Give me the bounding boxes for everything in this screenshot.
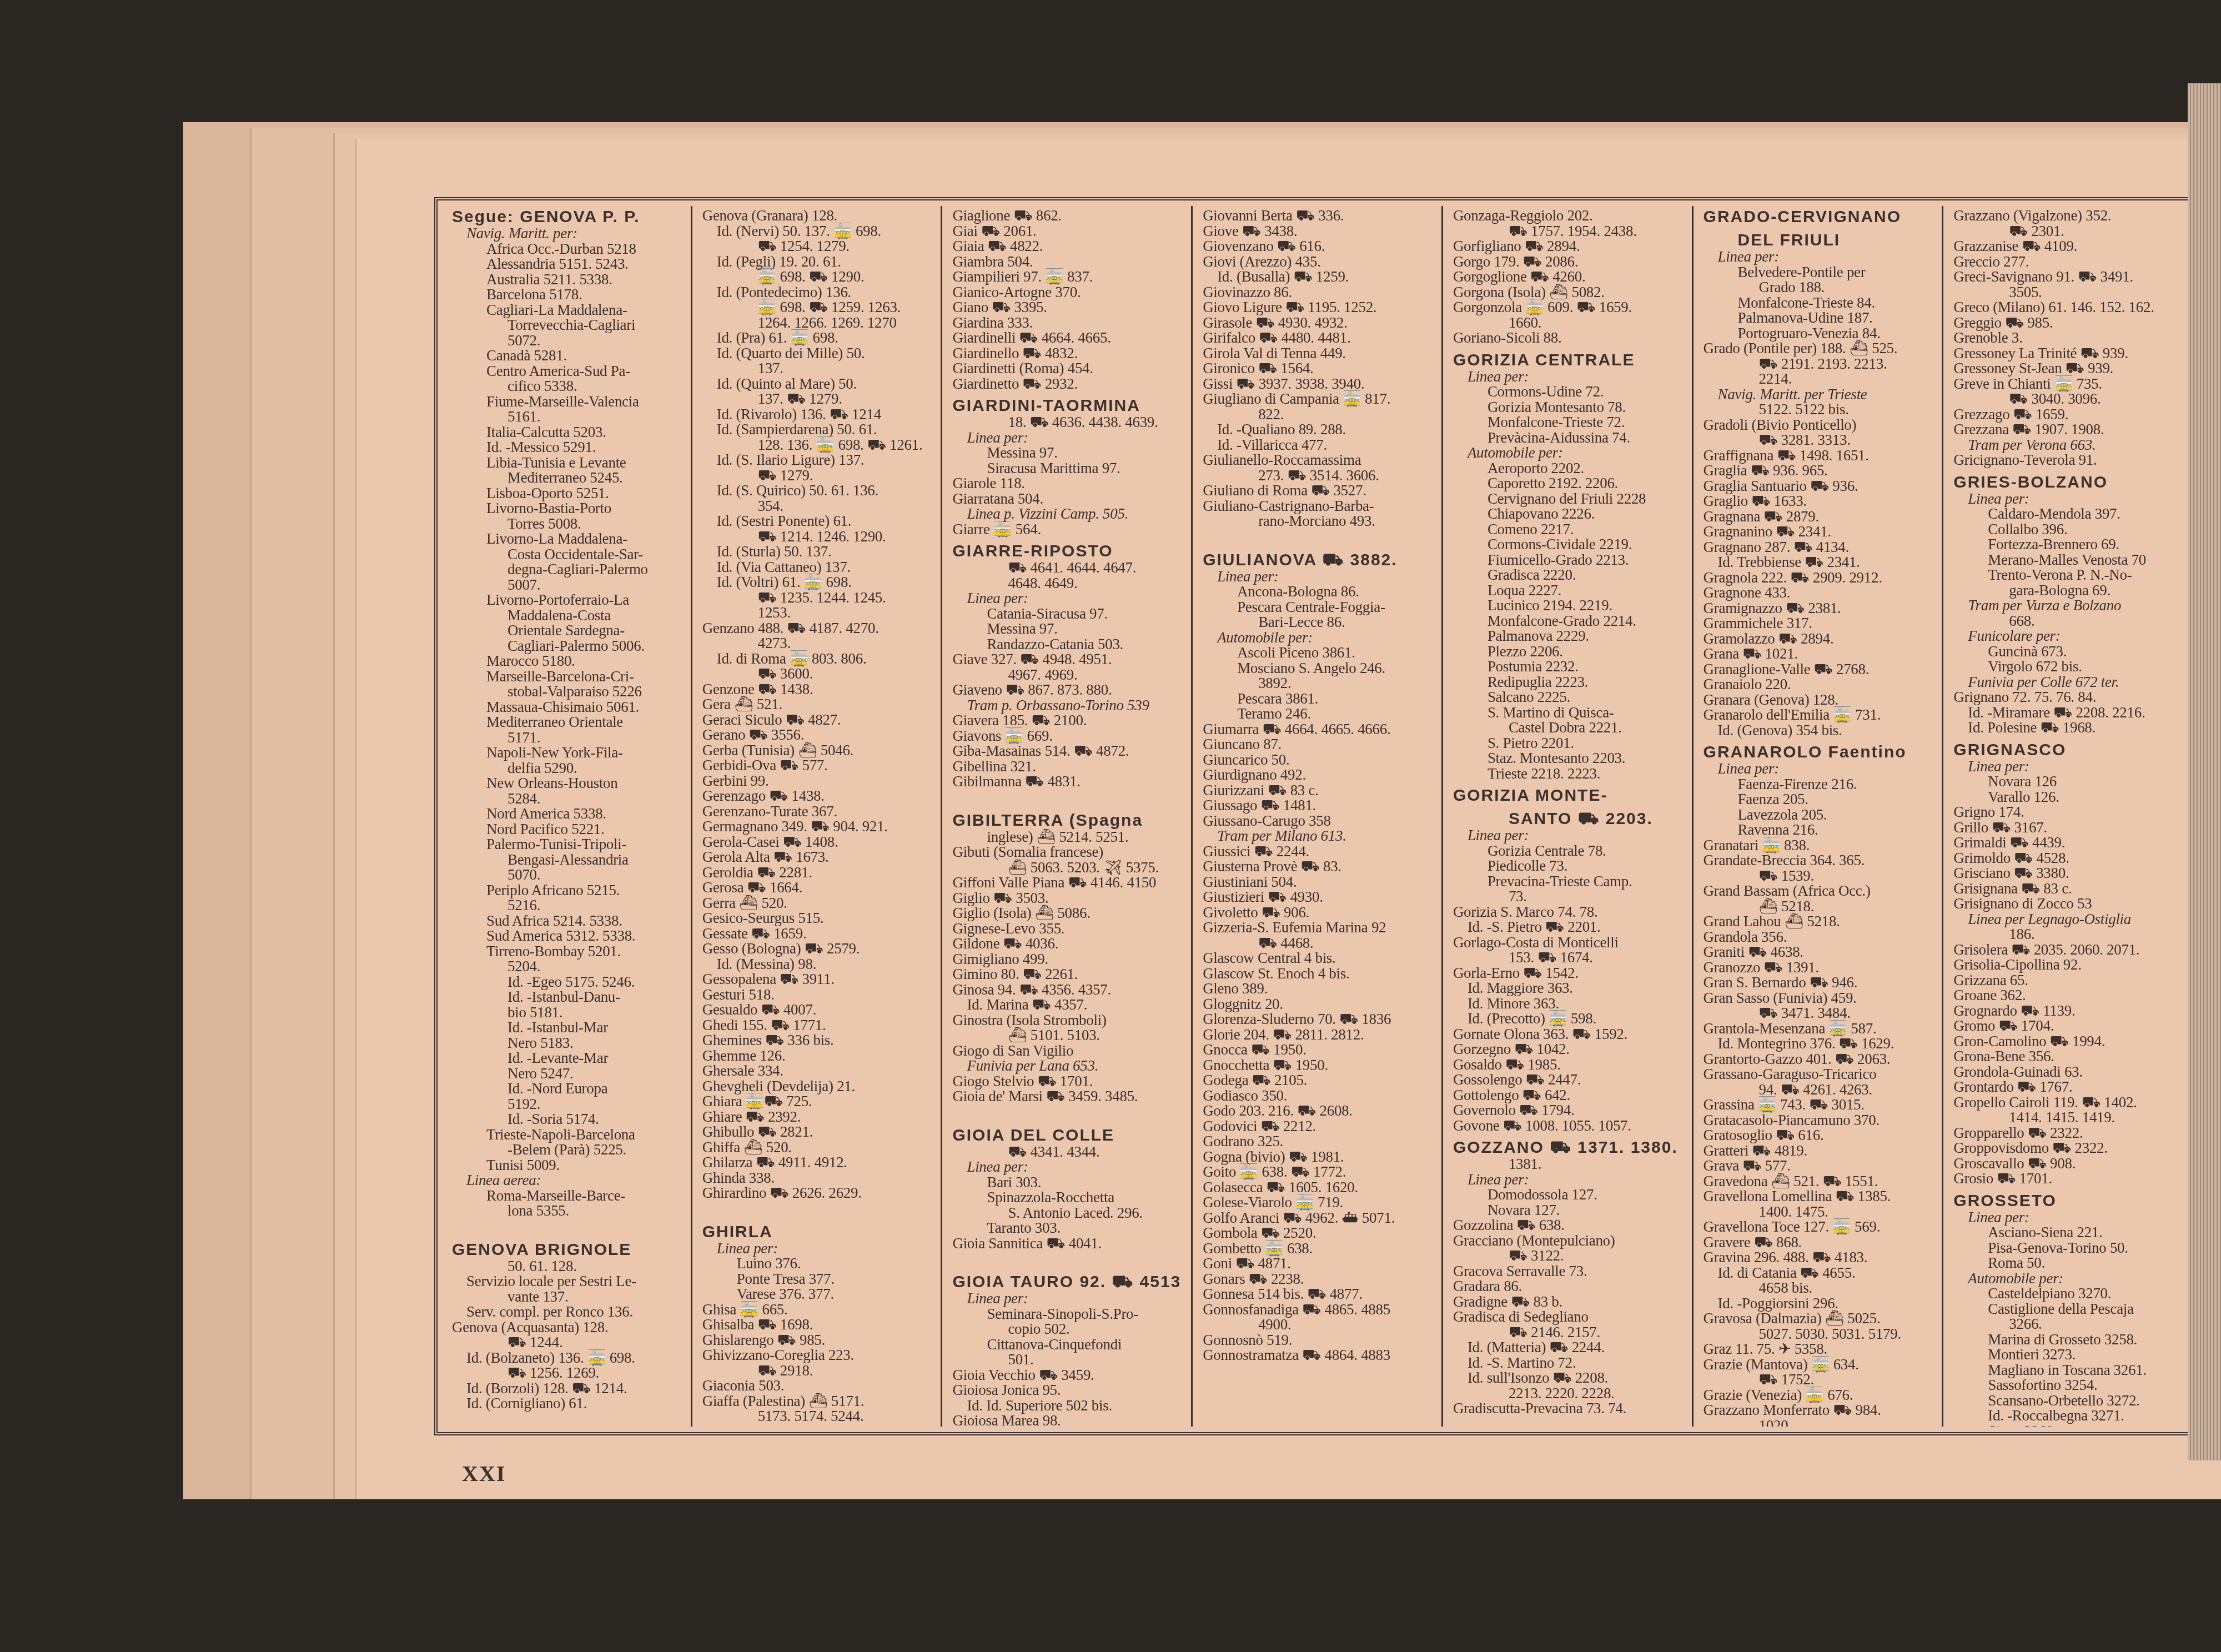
index-entry: ⛟ 3471. 3484. [1704,1006,1937,1021]
route-subheading: Linea per: [1453,1172,1686,1188]
index-entry: Cormons-Cividale 2219. [1453,537,1686,553]
index-entry: Livorno-Portoferraio-La [452,592,685,608]
index-entry: ⛟ 1214. 1246. 1290. [702,529,936,545]
index-entry: Godrano 325. [1203,1134,1436,1149]
index-entry: Ghilarza ⛟ 4911. 4912. [702,1155,936,1171]
index-entry: Gravellona Toce 127. 🚋 569. [1704,1219,1937,1235]
index-entry: ⛟ 1244. [452,1335,685,1350]
index-entry: Faenza-Firenze 216. [1704,777,1937,792]
index-entry: Id. Trebbiense ⛟ 2341. [1704,555,1937,570]
index-entry: Gradiscutta-Prevacina 73. 74. [1453,1401,1686,1417]
index-entry: Groscavallo ⛟ 908. [1953,1156,2187,1172]
index-entry: Giurdignano 492. [1203,767,1436,783]
index-entry: 5204. [452,959,685,975]
index-entry: ⛟ 1539. [1704,868,1937,884]
index-entry: Glorie 204. ⛟ 2811. 2812. [1203,1027,1436,1043]
index-entry: Cagliari-Palermo 5006. [452,639,685,654]
index-entry: Grandola 356. [1704,930,1937,945]
index-entry: Gerenzano-Turate 367. [702,804,936,820]
index-entry: Novara 127. [1453,1203,1686,1218]
index-entry: Randazzo-Catania 503. [952,637,1185,652]
index-entry: Grisolera ⛟ 2035. 2060. 2071. [1953,942,2187,958]
index-entry: 3266. [1953,1317,2187,1332]
station-heading: GIBILTERRA (Spagna [952,812,1185,830]
index-entry: 1660. [1453,315,1686,331]
index-entry: Giaia ⛟ 4822. [952,239,1185,254]
route-subheading: Navig. Maritt. per Trieste [1704,387,1937,403]
index-entry: Id. (Borzoli) 128. ⛟ 1214. [452,1381,685,1397]
index-entry: Grisolia-Cipollina 92. [1953,957,2187,973]
index-entry: Gragnola 222. ⛟ 2909. 2912. [1704,570,1937,586]
index-entry: Gioia Vecchio ⛟ 3459. [952,1368,1185,1383]
index-entry: Ghisa 🚋 665. [702,1302,936,1318]
index-entry: Gombetto 🚋 638. [1203,1241,1436,1257]
index-entry: Gran S. Bernardo ⛟ 946. [1704,975,1937,991]
index-entry: Grand Bassam (Africa Occ.) [1704,883,1937,899]
index-entry: ⛴ 5101. 5103. [952,1028,1185,1043]
index-entry: Giano ⛟ 3395. [952,300,1185,315]
index-entry: Id. (Sturla) 50. 137. [702,544,936,560]
index-entry: Gorzegno ⛟ 1042. [1453,1042,1686,1057]
index-entry: Fortezza-Brennero 69. [1953,537,2187,553]
index-entry: Ghivizzano-Coreglia 223. [702,1348,936,1363]
index-entry: Gorizia Centrale 78. [1453,843,1686,859]
page-frame: Segue: GENOVA P. P.Navig. Maritt. per:Af… [434,197,2200,1435]
index-entry: Greccio 277. [1953,254,2187,270]
index-entry: Gravedona ⛴ 521. ⛟ 1551. [1704,1174,1937,1189]
index-entry: Graglia Santuario ⛟ 936. [1704,479,1937,494]
index-entry: Id. (Pra) 61. 🚋 698. [702,330,936,346]
index-entry: Messina 97. [952,445,1185,461]
index-entry: Nord America 5338. [452,806,685,822]
index-columns: Segue: GENOVA P. P.Navig. Maritt. per:Af… [442,206,2192,1427]
index-entry: Gleno 389. [1203,981,1436,997]
index-entry: Gricignano-Teverola 91. [1953,453,2187,468]
index-entry: Sassofortino 3254. [1953,1378,2187,1393]
index-entry: Centro America-Sud Pa- [452,364,685,379]
index-entry: Giampilieri 97. 🚋 837. [952,269,1185,285]
index-entry: Id. (Via Cattaneo) 137. [702,560,936,575]
index-entry: Grazie (Mantova) 🚋 634. [1704,1357,1937,1373]
index-entry: Giussici ⛟ 2244. [1203,844,1436,860]
index-entry: Granaiolo 220. [1704,677,1937,692]
index-entry: Gioiosa Jonica 95. [952,1383,1185,1398]
index-entry: Geraci Siculo ⛟ 4827. [702,712,936,728]
index-entry: 5171. [452,730,685,746]
index-entry: Gorgona (Isola) ⛴ 5082. [1453,285,1686,300]
index-entry: Goriano-Sicoli 88. [1453,330,1686,346]
index-entry: Gimigliano 499. [952,952,1185,967]
station-heading: GENOVA BRIGNOLE [452,1241,685,1259]
index-entry: degna-Cagliari-Palermo [452,562,685,578]
index-entry: Massaua-Chisimaio 5061. [452,700,685,715]
index-entry: Grana ⛟ 1021. [1704,646,1937,662]
index-entry: Gizzeria-S. Eufemia Marina 92 [1203,920,1436,936]
index-entry: ⛟ 3040. 3096. [1953,391,2187,407]
index-entry: Giussano-Carugo 358 [1203,814,1436,829]
index-entry: Grenoble 3. [1953,330,2187,346]
index-entry: gara-Bologna 69. [1953,583,2187,599]
index-column-4: Giovanni Berta ⛟ 336.Giove ⛟ 3438.Gioven… [1191,206,1441,1427]
index-entry: Ghiara 🚋⛟ 725. [702,1094,936,1109]
index-entry: Giovi (Arezzo) 435. [1203,254,1436,270]
station-heading: SANTO ⛟ 2203. [1453,810,1686,828]
index-entry: Gozzolina ⛟ 638. [1453,1218,1686,1233]
index-entry: Gorizia S. Marco 74. 78. [1453,905,1686,920]
route-subheading: Linea per: [1453,828,1686,843]
index-entry: Varese 376. 377. [702,1287,936,1302]
index-entry: 186. [1953,927,2187,942]
index-entry: Livorno-Bastia-Porto [452,501,685,516]
index-entry: Costa Occidentale-Sar- [452,547,685,563]
index-entry: Marseille-Barcelona-Cri- [452,669,685,685]
index-entry: Nero 5183. [452,1036,685,1051]
index-entry: Grognardo ⛟ 1139. [1953,1003,2187,1019]
index-column-6: GRADO-CERVIGNANODEL FRIULILinea per:Belv… [1692,206,1942,1427]
index-entry: 128. 136. 🚋 698. ⛟ 1261. [702,438,936,453]
index-entry: Napoli-New York-Fila- [452,745,685,761]
index-entry: 668. [1953,614,2187,629]
index-entry: 5122. 5122 bis. [1704,402,1937,418]
index-entry: Gignese-Levo 355. [952,921,1185,937]
index-entry: inglese) ⛴ 5214. 5251. [952,830,1185,845]
index-entry: cifico 5338. [452,379,685,394]
index-entry: Giglio ⛟ 3503. [952,891,1185,906]
index-entry: 5161. [452,409,685,425]
index-entry: Graffignana ⛟ 1498. 1651. [1704,448,1937,464]
index-entry: Giffoni Valle Piana ⛟ 4146. 4150 [952,875,1185,891]
index-entry: Palmanova-Udine 187. [1704,310,1937,326]
index-entry: Gosaldo ⛟ 1985. [1453,1057,1686,1073]
index-entry: Pisa-Genova-Torino 50. [1953,1241,2187,1256]
index-entry: Gossolengo ⛟ 2447. [1453,1072,1686,1088]
index-entry: Luino 376. [702,1256,936,1272]
index-entry: Mediterraneo 5245. [452,470,685,486]
index-entry: Gron-Camolino ⛟ 1994. [1953,1034,2187,1050]
spacer [702,1201,936,1218]
index-entry: Gesico-Seurgus 515. [702,911,936,926]
index-entry: Ghislarengo ⛟ 985. [702,1333,936,1348]
index-entry: Id. (Quinto al Mare) 50. [702,376,936,392]
index-entry: Chiapovano 2226. [1453,506,1686,522]
index-entry: Grandate-Breccia 364. 365. [1704,853,1937,868]
route-subheading: Tram per Verona 663. [1953,438,2187,453]
index-entry: Prevacina-Trieste Camp. [1453,874,1686,890]
index-entry: Id. (Busalla) ⛟ 1259. [1203,269,1436,285]
index-entry: ⛟ 3600. [702,666,936,682]
index-entry: 2214. [1704,371,1937,387]
route-subheading: Linea p. Vizzini Camp. 505. [952,506,1185,522]
index-entry: Grantorto-Gazzo 401. ⛟ 2063. [1704,1052,1937,1067]
station-heading: GORIZIA CENTRALE [1453,352,1686,369]
index-entry: 273. ⛟ 3514. 3606. [1203,468,1436,484]
index-entry: Barcelona 5178. [452,287,685,303]
route-subheading: Funivia per Lana 653. [952,1058,1185,1074]
index-entry: 94. ⛟ 4261. 4263. [1704,1082,1937,1098]
index-entry: Belvedere-Pontile per [1704,265,1937,280]
index-entry: Ghevgheli (Devdelija) 21. [702,1079,936,1094]
index-entry: Grimoldo ⛟ 4528. [1953,851,2187,866]
station-heading: DEL FRIULI [1704,232,1937,249]
index-entry: Grillo ⛟ 3167. [1953,820,2187,836]
index-entry: Giusterna Provè ⛟ 83. [1203,859,1436,875]
index-entry: 5070. [452,867,685,883]
index-entry: Granarolo dell'Emilia 🚋 731. [1704,707,1937,723]
index-entry: 18. ⛟ 4636. 4438. 4639. [952,415,1185,430]
index-entry: Grignano 72. 75. 76. 84. [1953,690,2187,705]
index-entry: Giardina 333. [952,315,1185,331]
index-entry: ⛟ 1256. 1269. [452,1365,685,1381]
index-entry: Caldaro-Mendola 397. [1953,506,2187,522]
page-number: XXI [462,1460,506,1487]
index-entry: Piedicolle 73. [1453,858,1686,874]
route-subheading: Linea per: [952,1291,1185,1307]
index-entry: Id. sull'Isonzo ⛟ 2208. [1453,1370,1686,1386]
index-entry: Grado 188. [1704,280,1937,295]
index-entry: Genzano 488. ⛟ 4187. 4270. [702,621,936,636]
index-entry: S. Martino di Quisca- [1453,705,1686,721]
index-entry: Gonnesa 514 bis. ⛟ 4877. [1203,1287,1436,1302]
index-entry: 5192. [452,1097,685,1112]
index-entry: stobal-Valparaiso 5226 [452,684,685,700]
index-entry: Guncinà 673. [1953,644,2187,660]
index-entry: Gropparello ⛟ 2322. [1953,1126,2187,1141]
index-entry: ⛟ 3122. [1453,1248,1686,1264]
index-entry: Id. -Miramare ⛟ 2208. 2216. [1953,705,2187,721]
index-entry: Collalbo 396. [1953,522,2187,538]
index-entry: Godega ⛟ 2105. [1203,1073,1436,1088]
index-entry: Roma 50. [1953,1256,2187,1271]
index-entry: Goni ⛟ 4871. [1203,1256,1436,1272]
route-subheading: Linea per Legnago-Ostiglia [1953,912,2187,927]
index-entry: Faenza 205. [1704,792,1937,807]
index-entry: Id. (Precotto) 🚋 598. [1453,1011,1686,1027]
index-entry: Gressoney St-Jean ⛟ 939. [1953,361,2187,376]
index-entry: Id. -Messico 5291. [452,440,685,455]
index-entry: Godiasco 350. [1203,1088,1436,1104]
index-entry: Id. (Cornigliano) 61. [452,1396,685,1412]
index-entry: Trento-Verona P. N.-No- [1953,568,2187,583]
index-entry: Gramignazzo ⛟ 2381. [1704,601,1937,616]
index-entry: 5284. [452,791,685,807]
index-entry: Granozzo ⛟ 1391. [1704,960,1937,976]
index-entry: 🚋 698. ⛟ 1259. 1263. [702,300,936,315]
index-entry: Ghiare ⛟ 2392. [702,1109,936,1125]
index-entry: Golese-Viarolo 🚋 719. [1203,1195,1436,1211]
index-entry: Torrevecchia-Cagliari [452,318,685,333]
page-stack-edge [2188,83,2221,1460]
index-entry: Gran Sasso (Funivia) 459. [1704,991,1937,1006]
index-entry: ⛟ 3281. 3313. [1704,433,1937,448]
index-entry: lona 5355. [452,1203,685,1219]
index-entry: Tirreno-Bombay 5201. [452,944,685,960]
index-entry: Grontardo ⛟ 1767. [1953,1079,2187,1095]
index-entry: 1414. 1415. 1419. [1953,1110,2187,1126]
index-entry: Godovici ⛟ 2212. [1203,1119,1436,1134]
station-heading: GIULIANOVA ⛟ 3882. [1203,551,1436,569]
index-entry: Id. (Sampierdarena) 50. 61. [702,422,936,438]
index-entry: Grigno 174. [1953,805,2187,820]
index-entry: Godo 203. 216. ⛟ 2608. [1203,1103,1436,1119]
index-entry: Ghemines ⛟ 336 bis. [702,1033,936,1048]
index-entry: Gombola ⛟ 2520. [1203,1226,1436,1241]
index-entry: Govone ⛟ 1008. 1055. 1057. [1453,1118,1686,1134]
index-entry: Gravere ⛟ 868. [1704,1235,1937,1251]
index-entry: Giarole 118. [952,476,1185,491]
index-entry: Giogo Stelvio ⛟ 1701. [952,1074,1185,1089]
index-entry: Id. -Nord Europa [452,1081,685,1097]
index-entry: Giovenzano ⛟ 616. [1203,239,1436,254]
index-entry: Grantola-Mesenzana 🚋 587. [1704,1021,1937,1037]
index-entry: Grezzago ⛟ 1659. [1953,407,2187,423]
index-column-1: Segue: GENOVA P. P.Navig. Maritt. per:Af… [442,206,691,1427]
index-entry: 4967. 4969. [952,667,1185,683]
index-entry: 153. ⛟ 1674. [1453,950,1686,966]
index-entry: Nero 5247. [452,1066,685,1082]
station-heading: GIARDINI-TAORMINA [952,397,1185,415]
index-entry: Giardinello ⛟ 4832. [952,346,1185,361]
index-entry: Ravenna 216. [1704,822,1937,838]
station-heading: GRANAROLO Faentino [1704,744,1937,761]
index-entry: Monfalcone-Trieste 84. [1704,295,1937,311]
index-entry: Africa Occ.-Durban 5218 [452,242,685,257]
index-entry: Marina di Grosseto 3258. [1953,1332,2187,1348]
index-entry: Palermo-Tunisi-Tripoli- [452,837,685,852]
index-entry: Scansano-Orbetello 3272. [1953,1393,2187,1409]
index-entry: Giuliano-Castrignano-Barba- [1203,499,1436,514]
index-entry: Gorla-Erno ⛟ 1542. [1453,966,1686,981]
index-entry: Gildone ⛟ 4036. [952,936,1185,952]
index-entry: Gesualdo ⛟ 4007. [702,1002,936,1018]
index-entry: 🚋 698. ⛟ 1290. [702,269,936,285]
index-entry: Gradoli (Bivio Ponticello) [1704,418,1937,433]
index-entry: Giai ⛟ 2061. [952,224,1185,239]
index-entry: Id. Minore 363. [1453,996,1686,1012]
index-page: Segue: GENOVA P. P.Navig. Maritt. per:Af… [355,139,2221,1499]
index-entry: ⛟ 1235. 1244. 1245. [702,590,936,606]
index-entry: Siena 3268. [1953,1424,2187,1427]
index-entry: Id. (Quarto dei Mille) 50. [702,346,936,361]
index-entry: Montieri 3273. [1953,1347,2187,1363]
index-entry: Cagliari-La Maddalena- [452,303,685,318]
index-entry: Teramo 246. [1203,706,1436,722]
index-entry: ⛴ 5063. 5203. ✈ 5375. [952,860,1185,876]
station-heading: GIOIA DEL COLLE [952,1127,1185,1144]
index-entry: Grava ⛟ 577. [1704,1158,1937,1174]
index-entry: Girasole ⛟ 4930. 4932. [1203,315,1436,331]
index-entry: Gratacasolo-Piancamuno 370. [1704,1113,1937,1128]
route-subheading: Linea per: [1704,761,1937,777]
index-entry: Giuliano di Roma ⛟ 3527. [1203,483,1436,499]
index-entry: Bari-Lecce 86. [1203,615,1436,630]
index-entry: -Belem (Parà) 5225. [452,1142,685,1158]
index-entry: Fiume-Marseille-Valencia [452,394,685,410]
index-entry: Grezzana ⛟ 1907. 1908. [1953,422,2187,438]
index-entry: Ancona-Bologna 86. [1203,584,1436,600]
index-entry: Gloggnitz 20. [1203,997,1436,1012]
index-entry: Gerano ⛟ 3556. [702,727,936,743]
index-entry: Genova (Granara) 128. [702,208,936,224]
index-entry: 354. [702,499,936,514]
index-entry: Siracusa Marittima 97. [952,461,1185,476]
index-entry: Giarratana 504. [952,491,1185,507]
index-column-7: Grazzano (Vigalzone) 352.⛟ 2301.Grazzani… [1942,206,2192,1427]
index-entry: Id. (Pontedecimo) 136. [702,285,936,300]
index-entry: Gonnosnò 519. [1203,1333,1436,1348]
index-entry: ⛟ 2918. [702,1363,936,1379]
index-entry: Id. Montegrino 376. ⛟ 1629. [1704,1036,1937,1052]
index-entry: Giaffa (Palestina) ⛴ 5171. [702,1394,936,1409]
index-entry: Id. (Nervi) 50. 137. 🚋 698. [702,224,936,239]
index-entry: Giustizieri ⛟ 4930. [1203,890,1436,905]
route-subheading: Automobile per: [1453,445,1686,461]
spacer [952,790,1185,806]
route-subheading: Linea per: [1203,569,1436,585]
index-entry: Alessandria 5151. 5243. [452,257,685,272]
index-entry: Gressoney La Trinité ⛟ 939. [1953,346,2187,361]
index-entry: 1400. 1475. [1704,1204,1937,1220]
index-entry: Gorgonzola 🚋 609. ⛟ 1659. [1453,300,1686,315]
index-entry: Ghiffa ⛴ 520. [702,1140,936,1156]
index-entry: Giaconia 503. [702,1378,936,1394]
index-entry: New Orleans-Houston [452,776,685,791]
index-entry: Grammichele 317. [1704,616,1937,631]
index-entry: Giovo Ligure ⛟ 1195. 1252. [1203,300,1436,315]
route-subheading: Linea per: [1953,491,2187,507]
index-entry: 4648. 4649. [952,576,1185,591]
index-entry: Giglio (Isola) ⛴ 5086. [952,906,1185,921]
index-entry: Gorgo 179. ⛟ 2086. [1453,254,1686,270]
index-entry: Gragnone 433. [1704,585,1937,601]
index-entry: 73. [1453,889,1686,905]
index-entry: Ponte Tresa 377. [702,1272,936,1287]
index-entry: 137. ⛟ 1279. [702,391,936,407]
index-entry: Bengasi-Alessandria [452,852,685,868]
index-entry: Gramolazzo ⛟ 2894. [1704,631,1937,647]
index-entry: Giaglione ⛟ 862. [952,208,1185,224]
index-entry: Id. Polesine ⛟ 1968. [1953,720,2187,736]
index-entry: Id. -Egeo 5175. 5246. [452,975,685,990]
index-entry: Giavera 185. ⛟ 2100. [952,713,1185,729]
index-entry: ⛟ 2301. [1953,224,2187,239]
index-entry: Merano-Malles Venosta 70 [1953,553,2187,568]
index-entry: Ghirardino ⛟ 2626. 2629. [702,1186,936,1201]
index-entry: Giardinelli ⛟ 4664. 4665. [952,330,1185,346]
index-entry: ⛟ 4468. [1203,936,1436,951]
index-entry: Id. (Messina) 98. [702,957,936,972]
index-entry: Id. (S. Quirico) 50. 61. 136. [702,483,936,499]
index-entry: Id. -S. Martino 72. [1453,1355,1686,1371]
index-entry: Mediterraneo Orientale [452,715,685,730]
index-entry: Giuncano 87. [1203,737,1436,752]
index-entry: Gorfigliano ⛟ 2894. [1453,239,1686,254]
index-entry: Glascow Central 4 bis. [1203,951,1436,966]
index-entry: Giovanni Berta ⛟ 336. [1203,208,1436,224]
spacer [952,1104,1185,1121]
index-entry: Livorno-La Maddalena- [452,531,685,547]
index-entry: Gravina 296. 488. ⛟ 4183. [1704,1250,1937,1266]
index-entry: Id. (S. Ilario Ligure) 137. [702,453,936,468]
route-subheading: Linea per: [952,591,1185,606]
index-entry: Cittanova-Cinquefondi [952,1337,1185,1353]
index-entry: 1264. 1266. 1269. 1270 [702,315,936,331]
index-entry: Gianico-Artogne 370. [952,285,1185,300]
index-entry: 5173. 5174. 5244. [702,1409,936,1424]
index-entry: S. Antonio Laced. 296. [952,1206,1185,1221]
index-column-5: Gonzaga-Reggiolo 202.⛟ 1757. 1954. 2438.… [1441,206,1692,1427]
index-entry: Periplo Africano 5215. [452,883,685,898]
index-entry: Casteldelpiano 3270. [1953,1286,2187,1302]
